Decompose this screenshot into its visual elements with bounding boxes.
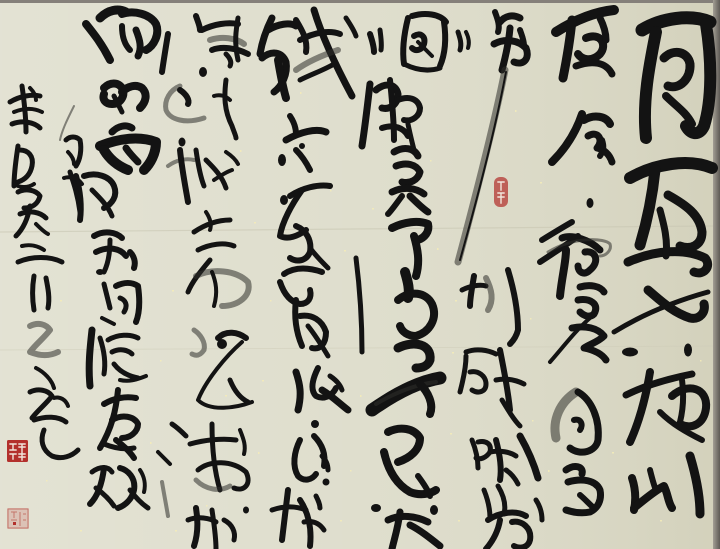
fleck [532, 420, 534, 422]
fleck [360, 395, 362, 397]
fleck [515, 110, 517, 112]
brush-stroke [296, 372, 300, 410]
ink-dot [278, 154, 286, 166]
ink-dot [299, 143, 305, 149]
ink-dot [280, 195, 288, 205]
fleck [540, 182, 542, 184]
fleck [430, 160, 432, 162]
brush-stroke [680, 380, 683, 422]
brush-stroke [46, 278, 49, 308]
fleck [700, 360, 702, 362]
fleck [225, 395, 227, 397]
seal-red-square [7, 440, 28, 462]
ink-dot [622, 348, 638, 357]
brush-stroke [194, 508, 197, 546]
calligraphy-photo [0, 0, 720, 549]
brush-stroke [600, 140, 603, 156]
fleck [262, 380, 264, 382]
brush-stroke [380, 30, 381, 50]
fleck [548, 470, 550, 472]
fleck [240, 150, 242, 152]
fleck [80, 530, 82, 532]
fleck [150, 442, 152, 444]
fleck [254, 222, 256, 224]
ink-dot [430, 505, 438, 515]
calligraphy-canvas [0, 0, 720, 549]
fleck [340, 520, 342, 522]
ink-dot [311, 420, 319, 428]
ink-dot [684, 344, 692, 357]
fleck [350, 470, 352, 472]
seal-body [7, 508, 29, 529]
brush-stroke [458, 32, 461, 50]
ink-dot [217, 339, 227, 349]
fleck [330, 190, 332, 192]
seal-red-mark [13, 522, 16, 525]
brush-stroke [236, 18, 238, 60]
fleck [344, 250, 346, 252]
ink-dot [587, 198, 594, 208]
fleck [612, 452, 614, 454]
fleck [172, 290, 174, 292]
fleck [300, 92, 302, 94]
brush-stroke [89, 330, 92, 386]
brush-stroke [33, 276, 35, 310]
fleck [60, 300, 62, 302]
seal-faint-square [7, 508, 29, 529]
ink-dot [371, 504, 381, 512]
ink-dot [243, 507, 249, 514]
ink-dot [179, 138, 186, 147]
brush-stroke [136, 30, 140, 56]
fleck [206, 505, 208, 507]
fleck [175, 530, 177, 532]
fleck [160, 360, 162, 362]
fleck [452, 352, 454, 354]
brush-stroke [414, 236, 418, 276]
fleck [437, 248, 439, 250]
fleck [660, 520, 662, 522]
fleck [372, 208, 374, 210]
seal-red-oval [494, 177, 508, 207]
fleck [530, 318, 532, 320]
ink-dot [323, 479, 330, 486]
fleck [458, 520, 460, 522]
ink-dot [199, 67, 207, 77]
fleck [270, 300, 272, 302]
ink-dot [96, 269, 104, 275]
fleck [258, 452, 260, 454]
fleck [46, 480, 48, 482]
fleck [450, 433, 452, 435]
fleck [455, 300, 457, 302]
top-edge-strip [0, 0, 720, 3]
